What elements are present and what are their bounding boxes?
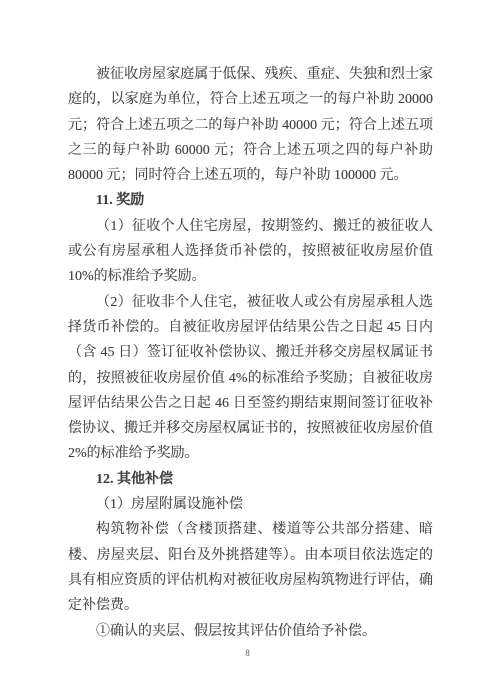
paragraph-reward-personal-residential: （1）征收个人住宅房屋，按期签约、搬迁的被征收人或公有房屋承租人选择货币补偿的，…	[68, 214, 433, 290]
page-number: 8	[0, 648, 495, 658]
paragraph-reward-non-residential: （2）征收非个人住宅，被征收人或公有房屋承租人选择货币补偿的。自被征收房屋评估结…	[68, 290, 433, 467]
heading-12-other-compensation: 12. 其他补偿	[68, 467, 433, 492]
paragraph-mezzanine-compensation: ①确认的夹层、假层按其评估价值给予补偿。	[68, 619, 433, 644]
paragraph-structures-compensation: 构筑物补偿（含楼顶搭建、楼道等公共部分搭建、暗楼、房屋夹层、阳台及外挑搭建等）。…	[68, 517, 433, 618]
paragraph-ancillary-facilities-title: （1）房屋附属设施补偿	[68, 492, 433, 517]
heading-11-rewards: 11. 奖励	[68, 188, 433, 213]
document-page: 被征收房屋家庭属于低保、残疾、重症、失独和烈士家庭的，以家庭为单位，符合上述五项…	[0, 0, 495, 700]
paragraph-hardship-family-subsidy: 被征收房屋家庭属于低保、残疾、重症、失独和烈士家庭的，以家庭为单位，符合上述五项…	[68, 62, 433, 188]
document-content: 被征收房屋家庭属于低保、残疾、重症、失独和烈士家庭的，以家庭为单位，符合上述五项…	[68, 62, 433, 644]
